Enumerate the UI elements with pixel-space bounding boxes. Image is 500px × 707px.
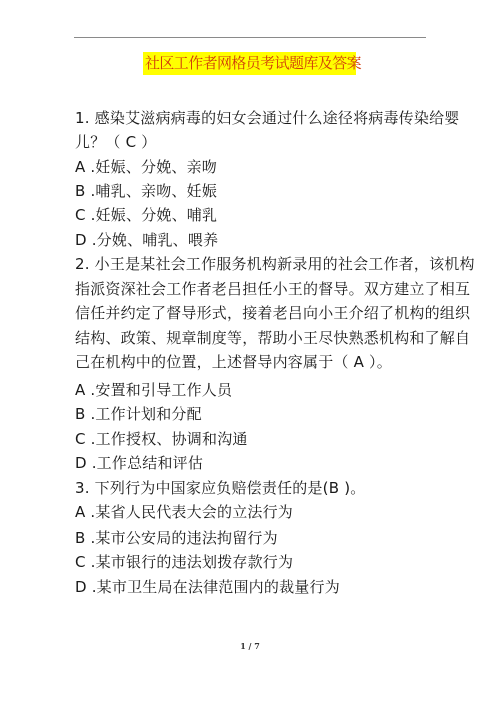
question-1-stem-line-1: 1. 感染艾滋病病毒的妇女会通过什么途径将病毒传染给婴 xyxy=(75,109,459,127)
question-2-stem-line-2: 指派资深社会工作者老吕担任小王的督导。双方建立了相互 xyxy=(75,280,470,298)
question-1-option-d: D .分娩、哺乳、喂养 xyxy=(75,231,218,249)
title-highlight: 社区工作者网格员考试题库及答案 xyxy=(143,52,356,75)
question-3-stem-line-1: 3. 下列行为中国家应负赔偿责任的是(B )。 xyxy=(75,479,365,497)
page-indicator: 1 / 7 xyxy=(0,641,500,651)
question-2-stem-line-4: 结构、政策、规章制度等，帮助小王尽快熟悉机构和了解自 xyxy=(75,329,470,347)
question-2-stem-line-1: 2. 小王是某社会工作服务机构新录用的社会工作者，该机构 xyxy=(75,255,475,273)
header-divider xyxy=(74,37,426,38)
question-2-stem-line-3: 信任并约定了督导形式，接着老吕向小王介绍了机构的组织 xyxy=(75,304,470,322)
document-page: 社区工作者网格员考试题库及答案 1. 感染艾滋病病毒的妇女会通过什么途径将病毒传… xyxy=(0,0,500,707)
document-title: 社区工作者网格员考试题库及答案 xyxy=(145,56,361,71)
question-2-option-c: C .工作授权、协调和沟通 xyxy=(75,430,248,448)
question-2-option-d: D .工作总结和评估 xyxy=(75,454,203,472)
question-3-option-b: B .某市公安局的违法拘留行为 xyxy=(75,529,278,547)
question-2-option-b: B .工作计划和分配 xyxy=(75,405,202,423)
question-1-option-b: B .哺乳、亲吻、妊娠 xyxy=(75,182,217,200)
question-1-option-a: A .妊娠、分娩、亲吻 xyxy=(75,158,217,176)
question-3-option-a: A .某省人民代表大会的立法行为 xyxy=(75,503,293,521)
question-1-stem-line-2: 儿？（ C ） xyxy=(75,133,156,151)
question-3-option-d: D .某市卫生局在法律范围内的裁量行为 xyxy=(75,578,340,596)
question-2-option-a: A .安置和引导工作人员 xyxy=(75,381,232,399)
question-3-option-c: C .某市银行的违法划拨存款行为 xyxy=(75,553,293,571)
question-2-stem-line-5: 己在机构中的位置，上述督导内容属于（ A ）。 xyxy=(75,353,392,371)
question-1-option-c: C .妊娠、分娩、哺乳 xyxy=(75,206,217,224)
